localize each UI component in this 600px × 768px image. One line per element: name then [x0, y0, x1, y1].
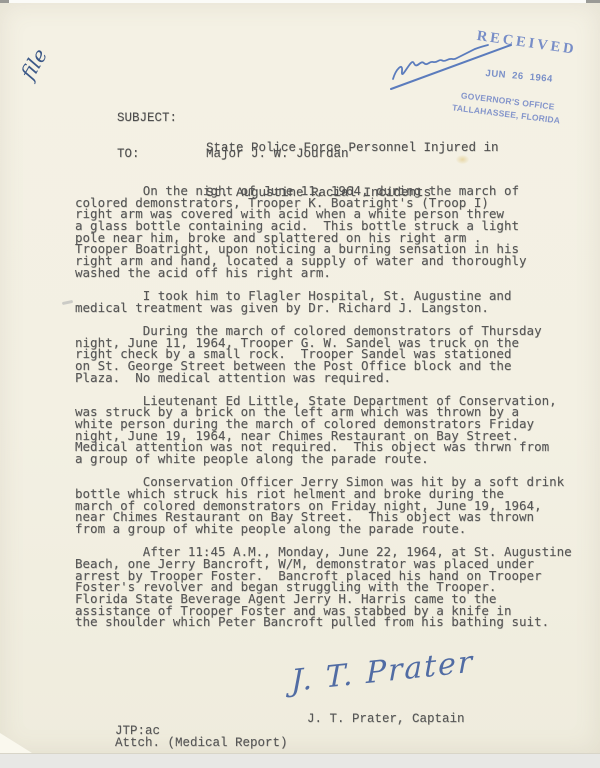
scanned-memo-page: file RECEIVED JUN 26 1964 GOVERNOR'S OFF…: [0, 0, 600, 768]
attachment-note: Attch. (Medical Report): [115, 736, 288, 750]
typed-signature: J. T. Prater, Captain: [307, 712, 465, 726]
to-value: Major J. W. Jourdan: [206, 147, 349, 161]
memo-body: On the night of June 11, 1964, during th…: [75, 185, 572, 628]
scan-edge-artifact: [586, 0, 600, 3]
scan-bottom-edge: [0, 754, 600, 768]
scan-edge-artifact: [0, 0, 9, 3]
subject-label: SUBJECT:: [117, 111, 177, 125]
paper-corner-fold: [0, 733, 32, 753]
to-label: TO:: [117, 147, 140, 161]
scrawl-loops: [393, 45, 488, 79]
